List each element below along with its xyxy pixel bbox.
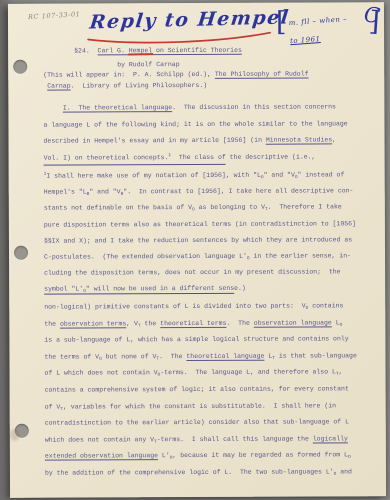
archive-number: RC 107-33-01 xyxy=(28,10,81,21)
typed-line: §§IX and X); and I take the reduction se… xyxy=(44,232,356,250)
typed-line: contradistinction to the earlier article… xyxy=(45,414,357,432)
typed-line: of VT, variables for which the constant … xyxy=(45,398,357,416)
typed-line: extended observation language L'O, becau… xyxy=(45,448,357,466)
typed-line: I. The theoretical language. The discuss… xyxy=(43,99,347,117)
document-page: RC 107-33-01 Reply to Hempel [ m. fll – … xyxy=(8,2,386,498)
typed-line: stants not definable on the basis of VO … xyxy=(44,200,356,218)
typed-line: cluding the disposition terms, does not … xyxy=(44,265,356,283)
typed-line: a language L of the following kind; it i… xyxy=(43,116,347,134)
paper-smudge xyxy=(10,429,20,441)
paragraph-2: non-logical) primitive constants of L is… xyxy=(44,298,357,482)
corner-initial: C xyxy=(363,2,381,27)
paragraph-1: I. The theoretical language. The discuss… xyxy=(43,99,348,166)
punch-hole-top xyxy=(13,60,27,74)
typed-line: described in Hempel's essay and in my ar… xyxy=(43,132,347,150)
hempel-red-underline xyxy=(128,52,153,54)
typed-line: non-logical) primitive constants of L is… xyxy=(44,298,356,316)
typed-line: the observation terms, VT the theoretica… xyxy=(44,315,356,333)
typed-line: the terms of VO but none of VT. The theo… xyxy=(44,348,356,366)
typed-line: C-postulates. (The extended observation … xyxy=(44,248,356,266)
typed-content: §24. Carl G. Hempel on Scientific Theori… xyxy=(43,42,367,489)
typed-line: Carnap. Library of Living Philosophers.) xyxy=(43,80,308,92)
typed-line: is a sub-language of L, which has a simp… xyxy=(44,331,356,349)
typed-line: of L which does not contain VO-terms. Th… xyxy=(45,365,357,383)
typed-line: which does not contain any VT-terms. I s… xyxy=(45,431,357,449)
typed-line: (This will appear in: P. A. Schilpp (ed.… xyxy=(43,70,308,82)
margin-note-line1: m. fll – when – xyxy=(288,15,347,27)
typed-line: Hempel's "LB" and "VB". In contrast to [… xyxy=(44,184,356,202)
typed-line: contains a comprehensive system of logic… xyxy=(45,381,357,399)
typed-line: pure disposition terms also as theoretic… xyxy=(44,216,356,234)
typed-line: by the addition of the comprehensive log… xyxy=(45,464,357,482)
typed-line: symbol "L'O" will now be used in a diffe… xyxy=(44,281,356,299)
typed-line: 1I shall here make use of my notation of… xyxy=(44,167,356,185)
footnote-block: 1I shall here make use of my notation of… xyxy=(44,167,357,298)
publication-note: (This will appear in: P. A. Schilpp (ed.… xyxy=(43,70,308,92)
punch-hole-middle xyxy=(14,246,28,260)
